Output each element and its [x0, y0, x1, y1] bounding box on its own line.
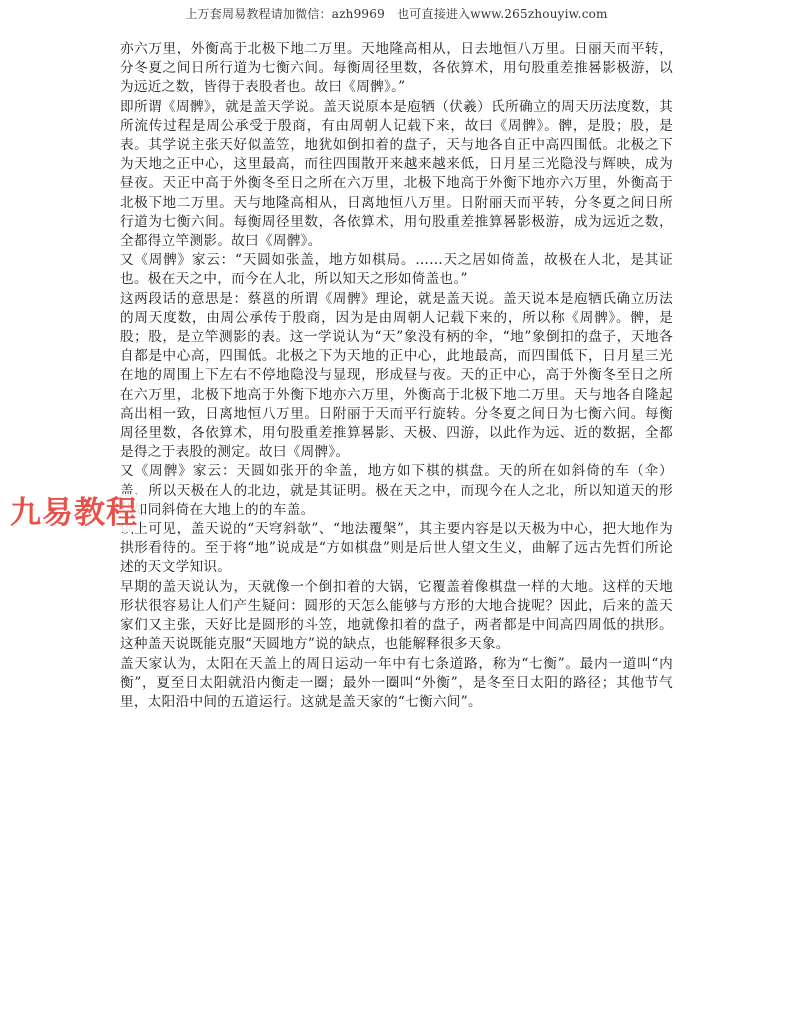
header-banner: 上万套周易教程请加微信：azh9969 也可直接进入www.265zhouyiw…: [0, 5, 793, 22]
paragraph-4: 这两段话的意思是：蔡邕的所谓《周髀》理论，就是盖天说。盖天说本是庖牺氏确立历法的…: [120, 290, 673, 463]
paragraph-2: 即所谓《周髀》，就是盖天学说。盖天说原本是庖牺（伏羲）氏所确立的周天历法度数，其…: [120, 98, 673, 252]
paragraph-6: 以上可见，盖天说的“天穹斜欹”、“地法覆槃”，其主要内容是以天极为中心，把大地作…: [120, 520, 673, 578]
paragraph-7: 早期的盖天说认为，天就像一个倒扣着的大锅，它覆盖着像棋盘一样的大地。这样的天地形…: [120, 578, 673, 655]
document-body: 亦六万里，外衡高于北极下地二万里。天地隆高相从，日去地恒八万里。日丽天而平转，分…: [120, 40, 673, 712]
watermark-logo: 九易教程: [8, 494, 140, 532]
paragraph-3: 又《周髀》家云：“天圆如张盖，地方如棋局。……天之居如倚盖，故极在人北，是其证也…: [120, 251, 673, 289]
paragraph-5: 又《周髀》家云：天圆如张开的伞盖，地方如下棋的棋盘。天的所在如斜倚的车（伞）盖，…: [120, 462, 673, 520]
paragraph-8: 盖天家认为，太阳在天盖上的周日运动一年中有七条道路，称为“七衡”。最内一道叫“内…: [120, 655, 673, 713]
paragraph-1: 亦六万里，外衡高于北极下地二万里。天地隆高相从，日去地恒八万里。日丽天而平转，分…: [120, 40, 673, 98]
